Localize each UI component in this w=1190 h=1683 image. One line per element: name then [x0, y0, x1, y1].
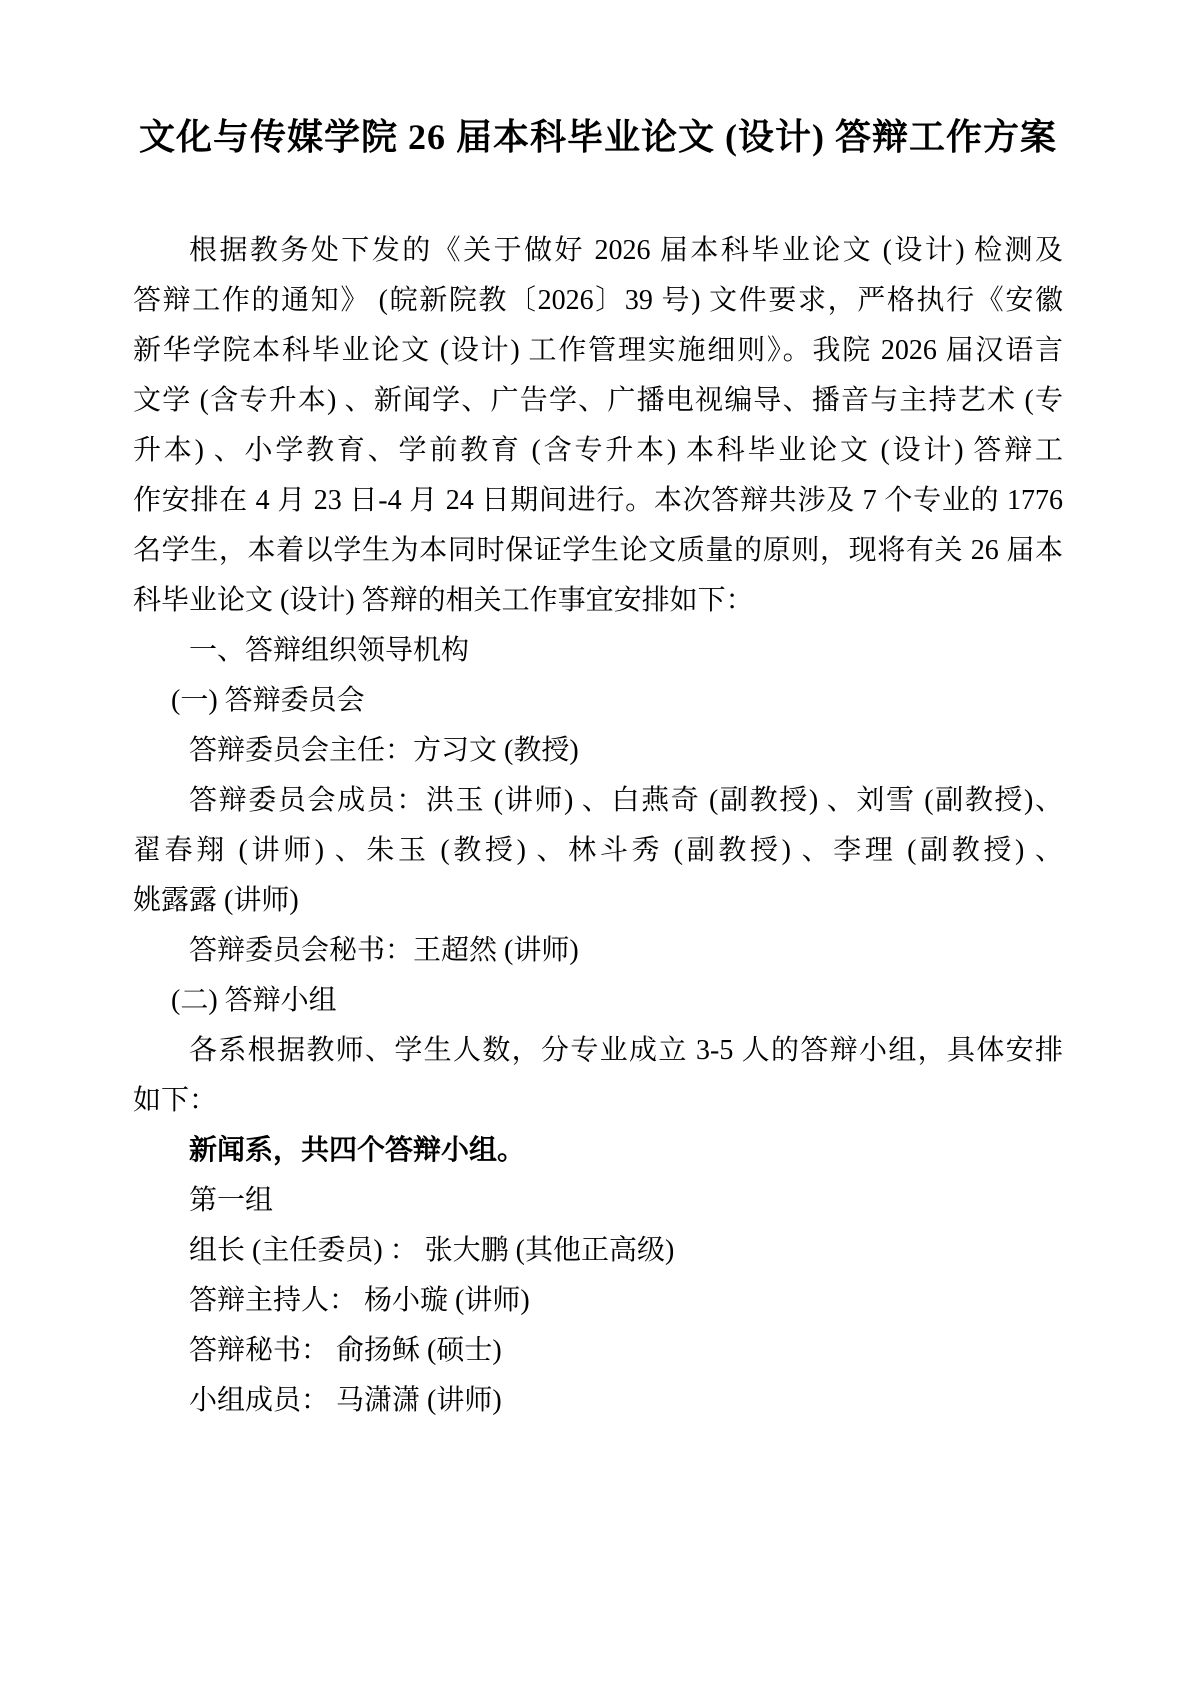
groups-intro-line: 各系根据教师、学生人数，分专业成立 3-5 人的答辩小组，具体安排	[133, 1026, 1063, 1076]
document-content: 文化与传媒学院 26 届本科毕业论文 (设计) 答辩工作方案 根据教务处下发的《…	[0, 0, 1190, 1426]
intro-line: 答辩工作的通知》 (皖新院教〔2026〕39 号) 文件要求，严格执行《安徽	[133, 276, 1063, 326]
subsection-heading-committee: (一) 答辩委员会	[133, 676, 1063, 726]
committee-secretary-line: 答辩委员会秘书：王超然 (讲师)	[133, 926, 1063, 976]
intro-line: 文学 (含专升本) 、新闻学、广告学、广播电视编导、播音与主持艺术 (专	[133, 376, 1063, 426]
intro-line: 新华学院本科毕业论文 (设计) 工作管理实施细则》。我院 2026 届汉语言	[133, 326, 1063, 376]
subsection-heading-groups: (二) 答辩小组	[133, 976, 1063, 1026]
committee-members-line: 答辩委员会成员：洪玉 (讲师) 、白燕奇 (副教授) 、刘雪 (副教授)、	[133, 776, 1063, 826]
dept-note-line: 新闻系，共四个答辩小组。	[133, 1126, 1063, 1176]
committee-members-line: 翟春翔 (讲师) 、朱玉 (教授) 、林斗秀 (副教授) 、李理 (副教授) 、	[133, 826, 1063, 876]
document-title: 文化与传媒学院 26 届本科毕业论文 (设计) 答辩工作方案	[133, 112, 1063, 162]
intro-line: 科毕业论文 (设计) 答辩的相关工作事宜安排如下：	[133, 576, 1063, 626]
intro-line: 升本) 、小学教育、学前教育 (含专升本) 本科毕业论文 (设计) 答辩工	[133, 426, 1063, 476]
intro-line: 作安排在 4 月 23 日-4 月 24 日期间进行。本次答辩共涉及 7 个专业…	[133, 476, 1063, 526]
committee-members-line: 姚露露 (讲师)	[133, 876, 1063, 926]
groups-intro-line: 如下：	[133, 1076, 1063, 1126]
section-heading-org: 一、答辩组织领导机构	[133, 626, 1063, 676]
group1-host-line: 答辩主持人： 杨小璇 (讲师)	[133, 1276, 1063, 1326]
intro-line: 名学生，本着以学生为本同时保证学生论文质量的原则，现将有关 26 届本	[133, 526, 1063, 576]
group1-leader-line: 组长 (主任委员) ： 张大鹏 (其他正高级)	[133, 1226, 1063, 1276]
intro-line: 根据教务处下发的《关于做好 2026 届本科毕业论文 (设计) 检测及	[133, 226, 1063, 276]
group1-member-line: 小组成员： 马潇潇 (讲师)	[133, 1376, 1063, 1426]
group1-title: 第一组	[133, 1176, 1063, 1226]
document-page: 文化与传媒学院 26 届本科毕业论文 (设计) 答辩工作方案 根据教务处下发的《…	[0, 0, 1190, 1683]
committee-chair-line: 答辩委员会主任：方习文 (教授)	[133, 726, 1063, 776]
document-body: 根据教务处下发的《关于做好 2026 届本科毕业论文 (设计) 检测及 答辩工作…	[133, 226, 1063, 1426]
group1-secretary-line: 答辩秘书： 俞扬稣 (硕士)	[133, 1326, 1063, 1376]
